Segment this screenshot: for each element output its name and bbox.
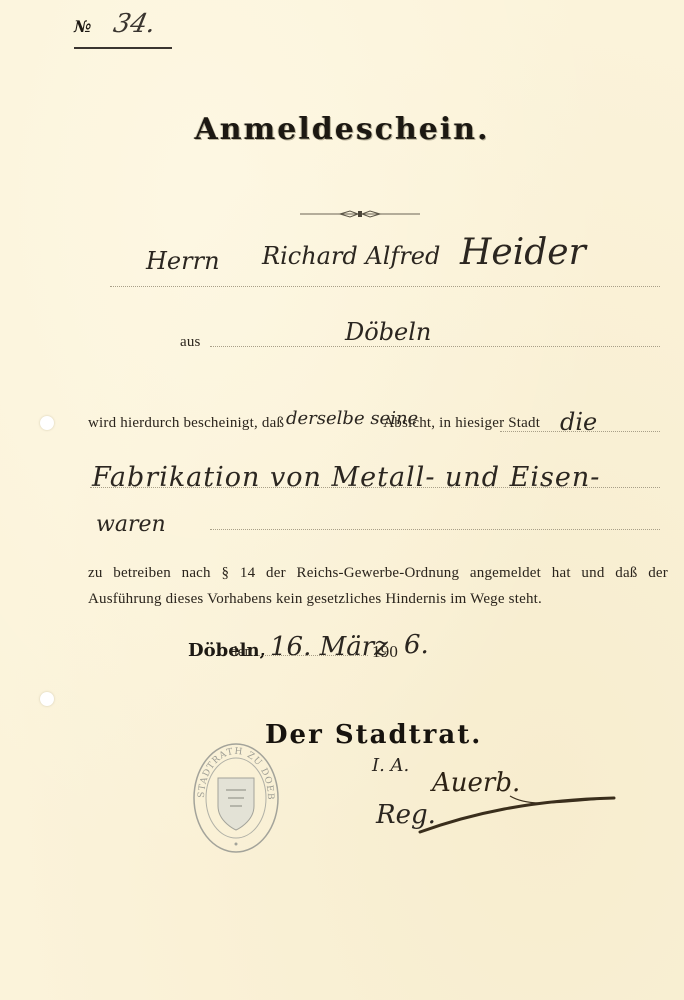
- city-seal-icon: STADTRATH ZU DOEBELN: [192, 742, 280, 854]
- purpose-handwritten-3: waren: [96, 512, 166, 537]
- salutation-handwritten: Herrn: [146, 247, 220, 275]
- certification-text-part1: wird hierdurch bescheinigt, daß: [88, 415, 284, 431]
- ornament-divider-icon: [300, 206, 420, 222]
- signature-flourish-icon: [400, 778, 620, 838]
- from-label: aus: [180, 334, 201, 351]
- legal-text: zu betreiben nach § 14 der Reichs-Gewerb…: [88, 560, 668, 612]
- from-field-line: [210, 346, 660, 347]
- family-name-handwritten: Heider: [460, 232, 586, 273]
- date-field-line: [258, 655, 368, 656]
- purpose-handwritten-2: Fabrikation von Metall- und Eisen-: [92, 462, 600, 493]
- place-name: Döbeln,: [188, 640, 266, 661]
- document-number: 34.: [111, 9, 159, 39]
- date-handwritten: 16. März: [270, 632, 388, 662]
- year-digit-handwritten: 6.: [404, 630, 429, 660]
- purpose-field-line-1: [500, 431, 660, 432]
- den-label: den: [230, 644, 252, 661]
- purpose-field-line-2: [90, 487, 660, 488]
- authority-title: Der Stadtrat.: [265, 720, 482, 750]
- name-field-line: [110, 286, 660, 287]
- number-underline: [74, 47, 172, 49]
- from-place-handwritten: Döbeln: [345, 318, 431, 346]
- number-label: №: [74, 17, 91, 36]
- year-printed: 190: [372, 642, 398, 662]
- derselbe-handwritten: derselbe seine: [286, 408, 418, 429]
- given-names-handwritten: Richard Alfred: [262, 242, 440, 270]
- purpose-field-line-3: [210, 529, 660, 530]
- im-auftrag-handwritten: I. A.: [372, 755, 409, 776]
- punch-hole: [40, 692, 54, 706]
- document-title: Anmeldeschein.: [0, 112, 684, 147]
- punch-hole: [40, 416, 54, 430]
